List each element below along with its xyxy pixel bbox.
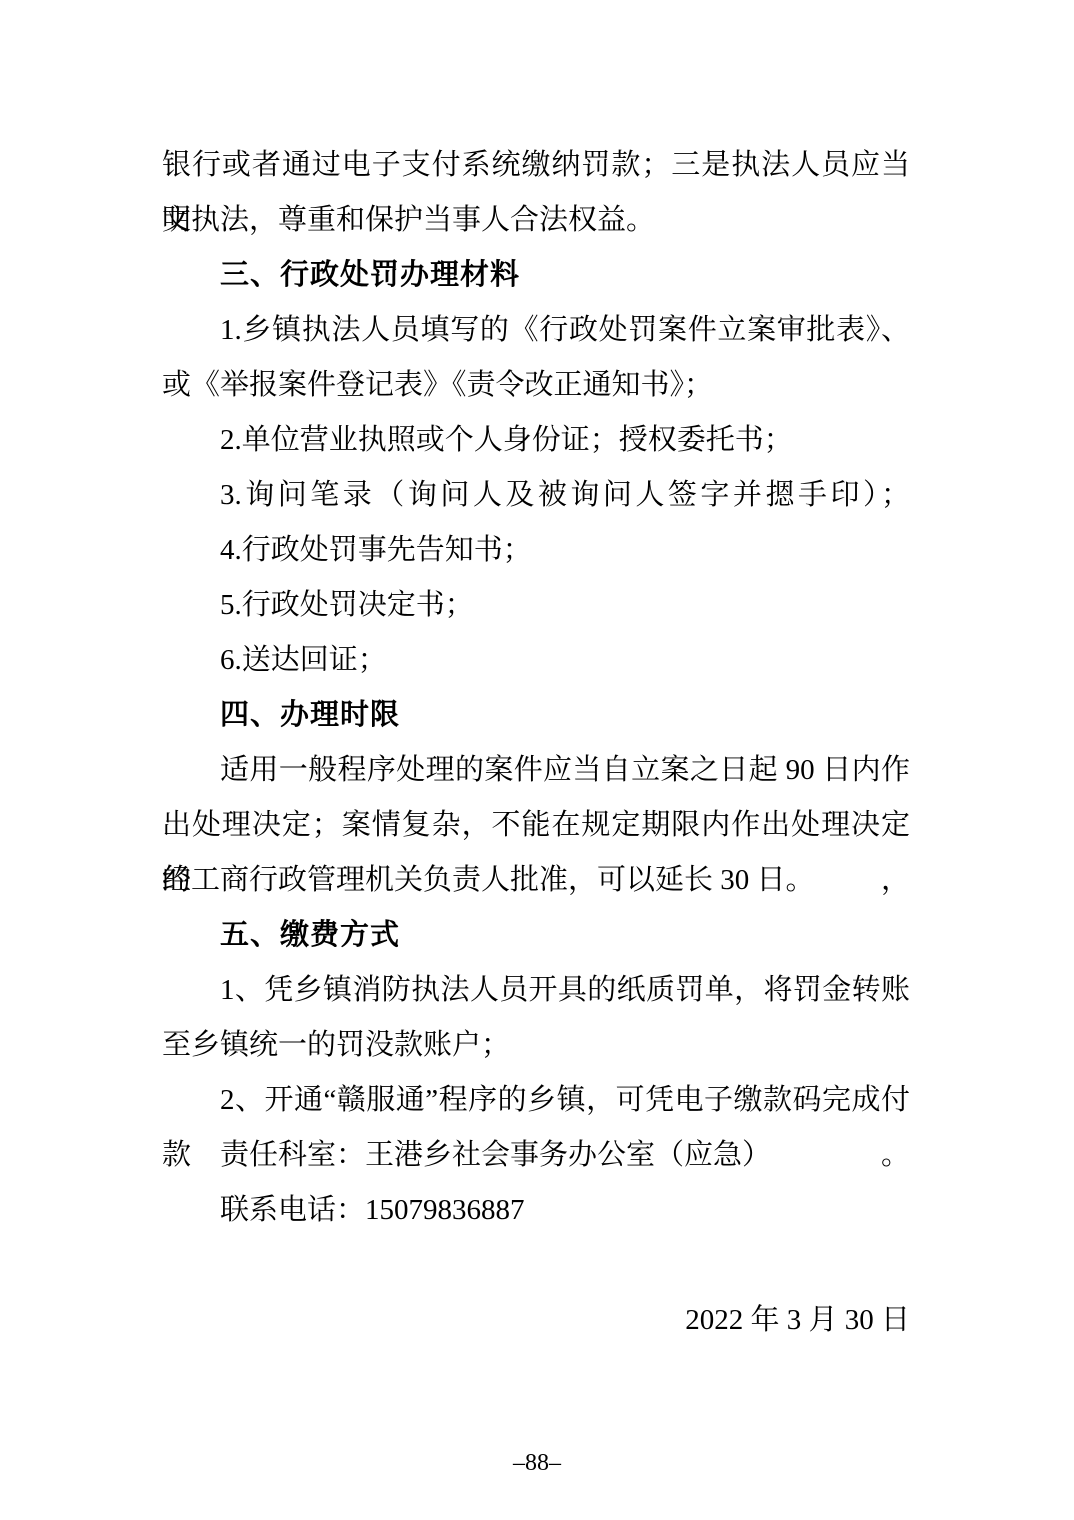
section-heading-3: 三、行政处罚办理材料 bbox=[162, 248, 910, 303]
paragraph-line: 出处理决定；案情复杂，不能在规定期限内作出处理决定的， bbox=[162, 798, 910, 853]
page-number: –88– bbox=[0, 1448, 1074, 1478]
list-item-line: 2、开通“赣服通”程序的乡镇，可凭电子缴款码完成付款。 bbox=[162, 1073, 910, 1128]
document-body: 银行或者通过电子支付系统缴纳罚款；三是执法人员应当文 明执法，尊重和保护当事人合… bbox=[162, 138, 910, 1348]
paragraph-line: 银行或者通过电子支付系统缴纳罚款；三是执法人员应当文 bbox=[162, 138, 910, 193]
list-item-line: 1.乡镇执法人员填写的《行政处罚案件立案审批表》、 bbox=[162, 303, 910, 358]
list-item-line: 或《举报案件登记表》《责令改正通知书》； bbox=[162, 358, 910, 413]
list-item-line: 2.单位营业执照或个人身份证；授权委托书； bbox=[162, 413, 910, 468]
contact-phone-line: 联系电话：15079836887 bbox=[162, 1183, 910, 1238]
paragraph-line: 经工商行政管理机关负责人批准，可以延长 30 日。 bbox=[162, 853, 910, 908]
section-heading-5: 五、缴费方式 bbox=[162, 908, 910, 963]
date-line: 2022 年 3 月 30 日 bbox=[162, 1293, 910, 1348]
document-page: 银行或者通过电子支付系统缴纳罚款；三是执法人员应当文 明执法，尊重和保护当事人合… bbox=[0, 0, 1074, 1520]
paragraph-line: 适用一般程序处理的案件应当自立案之日起 90 日内作 bbox=[162, 743, 910, 798]
paragraph-line: 明执法，尊重和保护当事人合法权益。 bbox=[162, 193, 910, 248]
list-item-line: 4.行政处罚事先告知书； bbox=[162, 523, 910, 578]
list-item-line: 5.行政处罚决定书； bbox=[162, 578, 910, 633]
list-item-line: 1、凭乡镇消防执法人员开具的纸质罚单，将罚金转账 bbox=[162, 963, 910, 1018]
list-item-line: 3.询问笔录（询问人及被询问人签字并摁手印）； bbox=[162, 468, 910, 523]
section-heading-4: 四、办理时限 bbox=[162, 688, 910, 743]
list-item-line: 至乡镇统一的罚没款账户； bbox=[162, 1018, 910, 1073]
list-item-line: 6.送达回证； bbox=[162, 633, 910, 688]
